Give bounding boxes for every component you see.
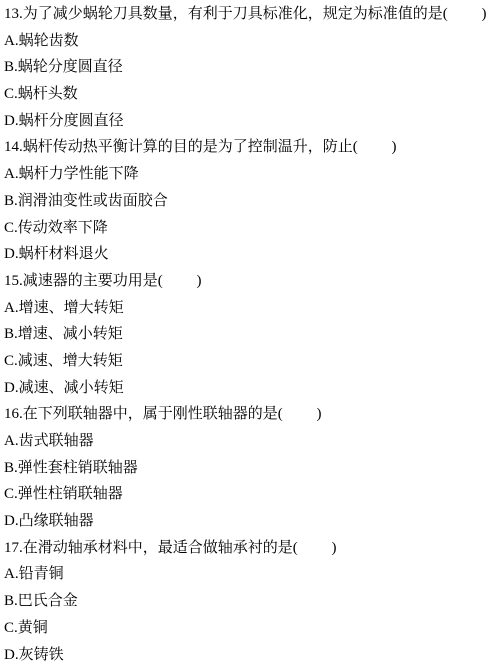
question-15: 15.减速器的主要功用是( ) A.增速、增大转矩 B.增速、减小转矩 C.减速… [4, 268, 487, 401]
question-13-option-b: B.蜗轮分度圆直径 [4, 54, 487, 81]
question-13-option-c: C.蜗杆头数 [4, 81, 487, 108]
question-17-option-b: B.巴氏合金 [4, 588, 487, 615]
question-15-option-d: D.减速、减小转矩 [4, 375, 487, 402]
question-15-stem: 15.减速器的主要功用是( ) [4, 268, 487, 295]
question-17-option-c: C.黄铜 [4, 615, 487, 642]
question-17-option-a: A.铅青铜 [4, 561, 487, 588]
question-15-option-c: C.减速、增大转矩 [4, 348, 487, 375]
question-14-option-d: D.蜗杆材料退火 [4, 241, 487, 268]
question-16-option-d: D.凸缘联轴器 [4, 508, 487, 535]
question-13-option-a: A.蜗轮齿数 [4, 28, 487, 55]
question-17: 17.在滑动轴承材料中，最适合做轴承衬的是( ) A.铅青铜 B.巴氏合金 C.… [4, 535, 487, 668]
question-14-option-c: C.传动效率下降 [4, 215, 487, 242]
question-16: 16.在下列联轴器中，属于刚性联轴器的是( ) A.齿式联轴器 B.弹性套柱销联… [4, 401, 487, 534]
question-17-option-d: D.灰铸铁 [4, 642, 487, 669]
test-paper-page: 13.为了减少蜗轮刀具数量，有利于刀具标准化，规定为标准值的是( ) A.蜗轮齿… [0, 0, 487, 669]
question-14-stem: 14.蜗杆传动热平衡计算的目的是为了控制温升，防止( ) [4, 134, 487, 161]
question-16-option-a: A.齿式联轴器 [4, 428, 487, 455]
question-13-option-d: D.蜗杆分度圆直径 [4, 108, 487, 135]
question-16-option-c: C.弹性柱销联轴器 [4, 481, 487, 508]
question-14-option-b: B.润滑油变性或齿面胶合 [4, 188, 487, 215]
question-14-option-a: A.蜗杆力学性能下降 [4, 161, 487, 188]
question-16-stem: 16.在下列联轴器中，属于刚性联轴器的是( ) [4, 401, 487, 428]
question-13: 13.为了减少蜗轮刀具数量，有利于刀具标准化，规定为标准值的是( ) A.蜗轮齿… [4, 1, 487, 134]
question-15-option-a: A.增速、增大转矩 [4, 295, 487, 322]
question-15-option-b: B.增速、减小转矩 [4, 321, 487, 348]
question-13-stem: 13.为了减少蜗轮刀具数量，有利于刀具标准化，规定为标准值的是( ) [4, 1, 487, 28]
question-14: 14.蜗杆传动热平衡计算的目的是为了控制温升，防止( ) A.蜗杆力学性能下降 … [4, 134, 487, 267]
question-17-stem: 17.在滑动轴承材料中，最适合做轴承衬的是( ) [4, 535, 487, 562]
question-16-option-b: B.弹性套柱销联轴器 [4, 455, 487, 482]
